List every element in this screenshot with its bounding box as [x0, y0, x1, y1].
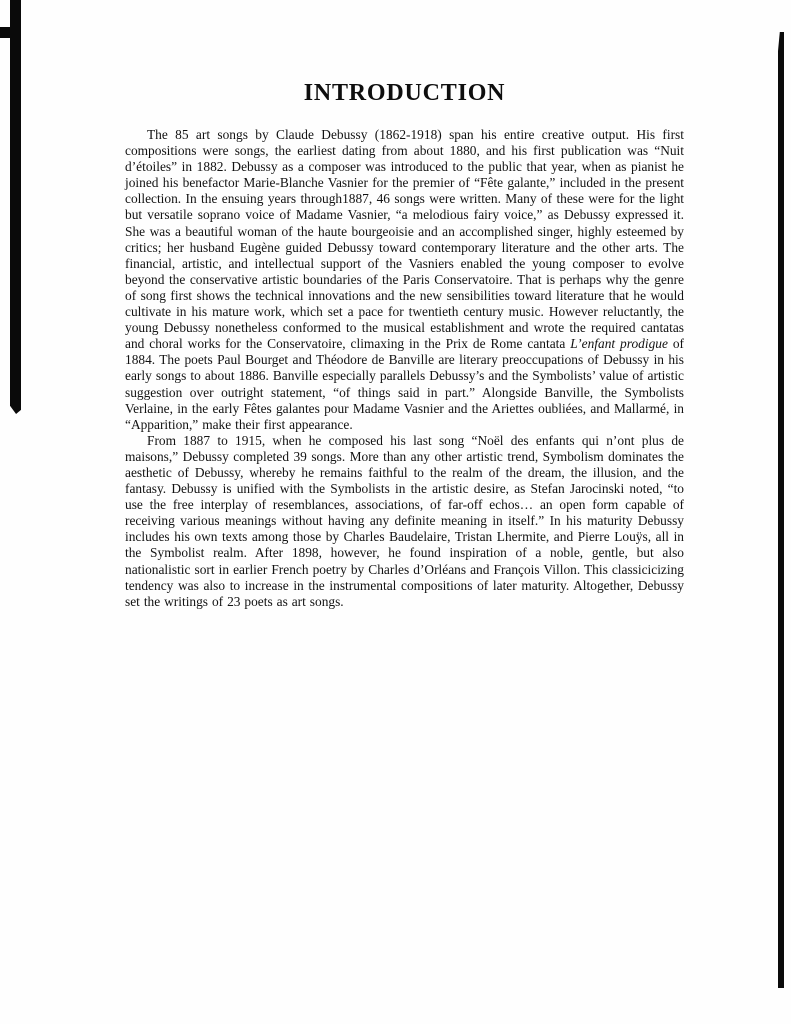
scan-artifact-left-tick — [0, 27, 11, 38]
scan-artifact-left-bar — [10, 0, 21, 414]
page-title: INTRODUCTION — [125, 80, 684, 107]
body-text: The 85 art songs by Claude Debussy (1862… — [125, 127, 684, 610]
paragraph-1: The 85 art songs by Claude Debussy (1862… — [125, 127, 684, 433]
paragraph-2: From 1887 to 1915, when he composed his … — [125, 433, 684, 610]
scanned-document-page: INTRODUCTION The 85 art songs by Claude … — [0, 0, 791, 1024]
scan-artifact-right-line — [778, 32, 784, 988]
text-column: INTRODUCTION The 85 art songs by Claude … — [125, 0, 684, 610]
